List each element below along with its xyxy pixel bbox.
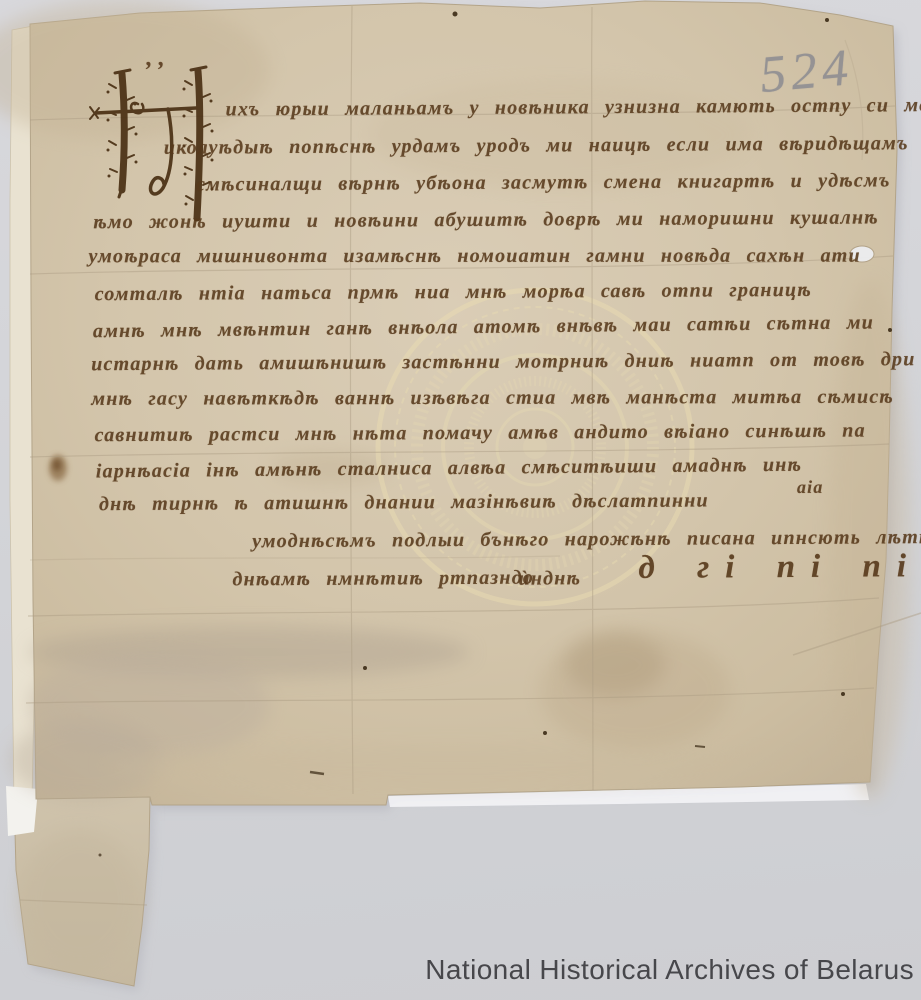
manuscript-line: іарнѣасіа інѣ амѣнѣ сталниса алвѣа смѣси… <box>96 454 802 484</box>
cyrillic-date-numerals: д гі пі пі <box>638 548 921 587</box>
inventory-number: 524 <box>758 38 856 105</box>
manuscript-line: смѣсиналщи вѣрнѣ убѣона засмутѣ смена кн… <box>196 169 891 196</box>
manuscript-line: савнитиѣ растси мнѣ нѣта помачу амѣв анд… <box>95 420 866 448</box>
indiction-word: ѝнднѣ <box>518 567 581 590</box>
manuscript-line: днѣ тирнѣ ѣ атишнѣ днании мазінѣвиѣ дѣсл… <box>99 489 709 516</box>
manuscript-line: сомталѣ нтіа натьса прмѣ ниа мнѣ морѣа с… <box>95 279 812 306</box>
manuscript-line: амнѣ мнѣ мвѣнтин ганѣ внѣола атомѣ внѣвѣ… <box>93 311 874 343</box>
manuscript-text-block: ’’ ихъ юрыи маланьамъ у новѣника узнизна… <box>0 0 921 1000</box>
manuscript-line: мнѣ гасу навѣткѣдѣ ваннѣ изѣвѣга стиа мв… <box>91 386 894 411</box>
manuscript-line: истарнѣ дать амишѣнишѣ застѣнни мотрниѣ … <box>91 348 916 376</box>
archive-caption: National Historical Archives of Belarus <box>0 954 914 986</box>
manuscript-line: умоѣраса мишнивонта изамѣснѣ номоиатин г… <box>89 245 861 269</box>
archival-photograph: ’’ ихъ юрыи маланьамъ у новѣника узнизна… <box>0 0 921 1000</box>
marginal-mark: аіа <box>797 477 824 498</box>
flourish-marks: ’’ <box>143 58 169 85</box>
manuscript-line: иколуѣдыѣ попѣснѣ урдамъ уродъ ми наицѣ … <box>164 132 909 160</box>
manuscript-line: ѣмо жонѣ иушти и новѣини абушитѣ доврѣ м… <box>93 206 879 234</box>
closing-line: днѣамѣ нмнѣтиѣ ртпазндо <box>232 567 534 592</box>
